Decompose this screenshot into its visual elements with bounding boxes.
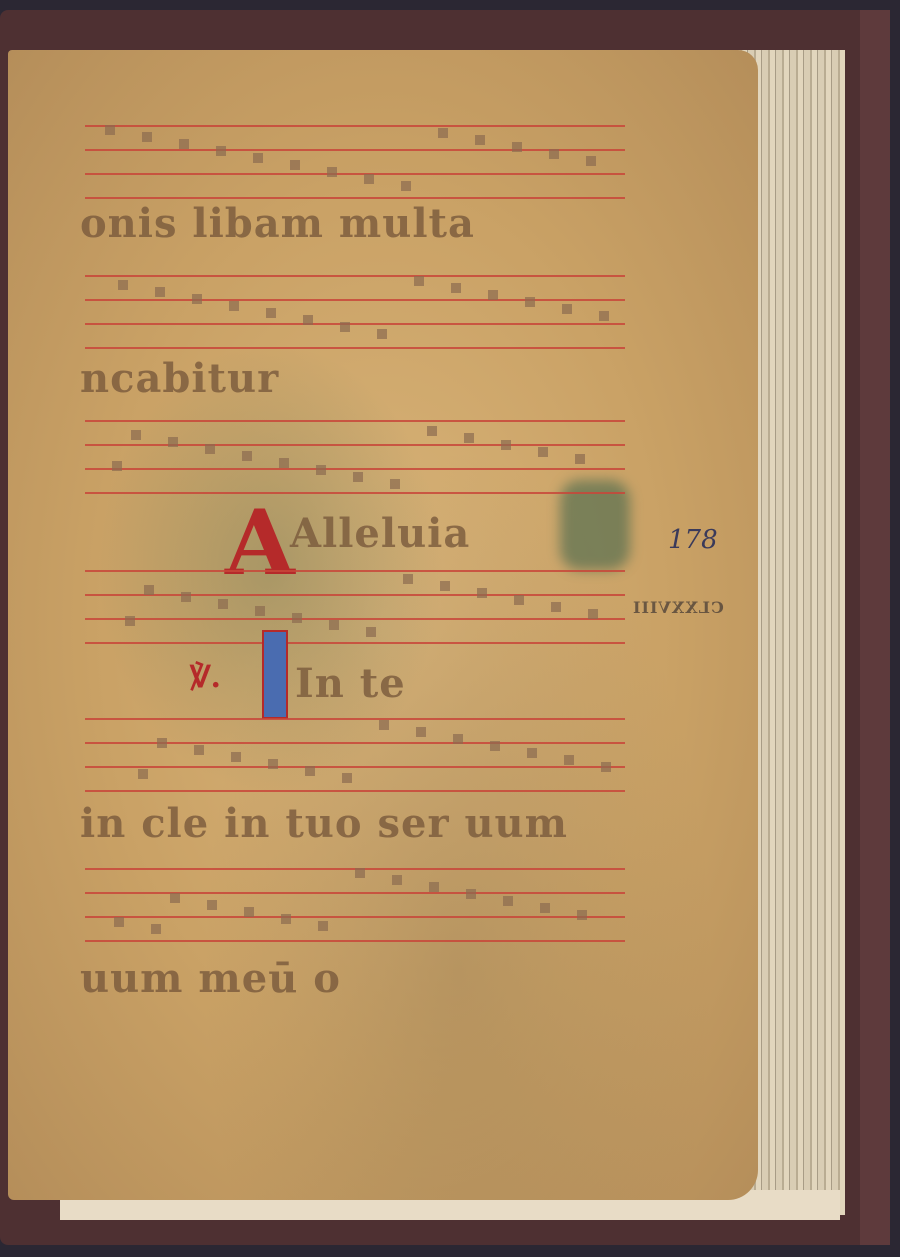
text-line-3: Alleluia bbox=[290, 510, 470, 557]
chant-note bbox=[551, 602, 561, 612]
blue-initial-i bbox=[262, 630, 288, 719]
chant-note bbox=[514, 595, 524, 605]
chant-note bbox=[342, 773, 352, 783]
chant-note bbox=[353, 472, 363, 482]
chant-note bbox=[379, 720, 389, 730]
chant-note bbox=[451, 283, 461, 293]
chant-note bbox=[366, 627, 376, 637]
chant-note bbox=[231, 752, 241, 762]
chant-note bbox=[525, 297, 535, 307]
chant-note bbox=[242, 451, 252, 461]
chant-note bbox=[125, 616, 135, 626]
chant-note bbox=[105, 125, 115, 135]
chant-note bbox=[414, 276, 424, 286]
staff-4 bbox=[85, 570, 625, 666]
chant-note bbox=[416, 727, 426, 737]
text-line-5: in cle in tuo ser uum bbox=[80, 800, 568, 847]
chant-note bbox=[577, 910, 587, 920]
chant-note bbox=[490, 741, 500, 751]
chant-note bbox=[318, 921, 328, 931]
chant-note bbox=[207, 900, 217, 910]
chant-note bbox=[540, 903, 550, 913]
chant-note bbox=[488, 290, 498, 300]
staff-6 bbox=[85, 868, 625, 964]
chant-note bbox=[218, 599, 228, 609]
chant-note bbox=[527, 748, 537, 758]
chant-note bbox=[588, 609, 598, 619]
chant-note bbox=[255, 606, 265, 616]
chant-note bbox=[131, 430, 141, 440]
chant-note bbox=[390, 479, 400, 489]
chant-note bbox=[586, 156, 596, 166]
chant-note bbox=[168, 437, 178, 447]
chant-note bbox=[340, 322, 350, 332]
chant-note bbox=[453, 734, 463, 744]
staff-3 bbox=[85, 420, 625, 516]
chant-note bbox=[392, 875, 402, 885]
chant-note bbox=[194, 745, 204, 755]
chant-note bbox=[403, 574, 413, 584]
chant-note bbox=[305, 766, 315, 776]
chant-note bbox=[427, 426, 437, 436]
roman-numeral-showthrough: CLXXVIII bbox=[632, 598, 724, 617]
chant-note bbox=[429, 882, 439, 892]
chant-note bbox=[138, 769, 148, 779]
chant-note bbox=[179, 139, 189, 149]
chant-note bbox=[192, 294, 202, 304]
chant-note bbox=[181, 592, 191, 602]
chant-note bbox=[279, 458, 289, 468]
chant-note bbox=[440, 581, 450, 591]
chant-note bbox=[316, 465, 326, 475]
text-line-6: uum meū o bbox=[80, 955, 341, 1002]
chant-note bbox=[303, 315, 313, 325]
chant-note bbox=[114, 917, 124, 927]
chant-note bbox=[118, 280, 128, 290]
chant-note bbox=[151, 924, 161, 934]
chant-note bbox=[216, 146, 226, 156]
chant-note bbox=[292, 613, 302, 623]
chant-note bbox=[377, 329, 387, 339]
chant-note bbox=[477, 588, 487, 598]
chant-note bbox=[268, 759, 278, 769]
chant-note bbox=[601, 762, 611, 772]
chant-note bbox=[512, 142, 522, 152]
chant-note bbox=[244, 907, 254, 917]
chant-note bbox=[464, 433, 474, 443]
text-line-1: onis libam multa bbox=[80, 200, 475, 247]
binding-edge bbox=[860, 10, 890, 1245]
chant-note bbox=[229, 301, 239, 311]
chant-note bbox=[142, 132, 152, 142]
chant-note bbox=[157, 738, 167, 748]
chant-note bbox=[112, 461, 122, 471]
chant-note bbox=[253, 153, 263, 163]
chant-note bbox=[155, 287, 165, 297]
chant-note bbox=[575, 454, 585, 464]
chant-note bbox=[466, 889, 476, 899]
chant-note bbox=[599, 311, 609, 321]
chant-note bbox=[501, 440, 511, 450]
folio-number: 178 bbox=[668, 525, 718, 555]
chant-note bbox=[205, 444, 215, 454]
chant-note bbox=[562, 304, 572, 314]
chant-note bbox=[401, 181, 411, 191]
chant-note bbox=[170, 893, 180, 903]
chant-note bbox=[538, 447, 548, 457]
chant-note bbox=[329, 620, 339, 630]
chant-note bbox=[475, 135, 485, 145]
chant-note bbox=[438, 128, 448, 138]
chant-note bbox=[290, 160, 300, 170]
chant-note bbox=[281, 914, 291, 924]
text-line-4: In te bbox=[295, 660, 406, 707]
chant-note bbox=[266, 308, 276, 318]
chant-note bbox=[144, 585, 154, 595]
chant-note bbox=[549, 149, 559, 159]
chant-note bbox=[327, 167, 337, 177]
chant-note bbox=[564, 755, 574, 765]
versicle-mark: ℣. bbox=[190, 660, 221, 695]
chant-note bbox=[355, 868, 365, 878]
chant-note bbox=[364, 174, 374, 184]
text-line-2: ncabitur bbox=[80, 355, 279, 402]
chant-note bbox=[503, 896, 513, 906]
